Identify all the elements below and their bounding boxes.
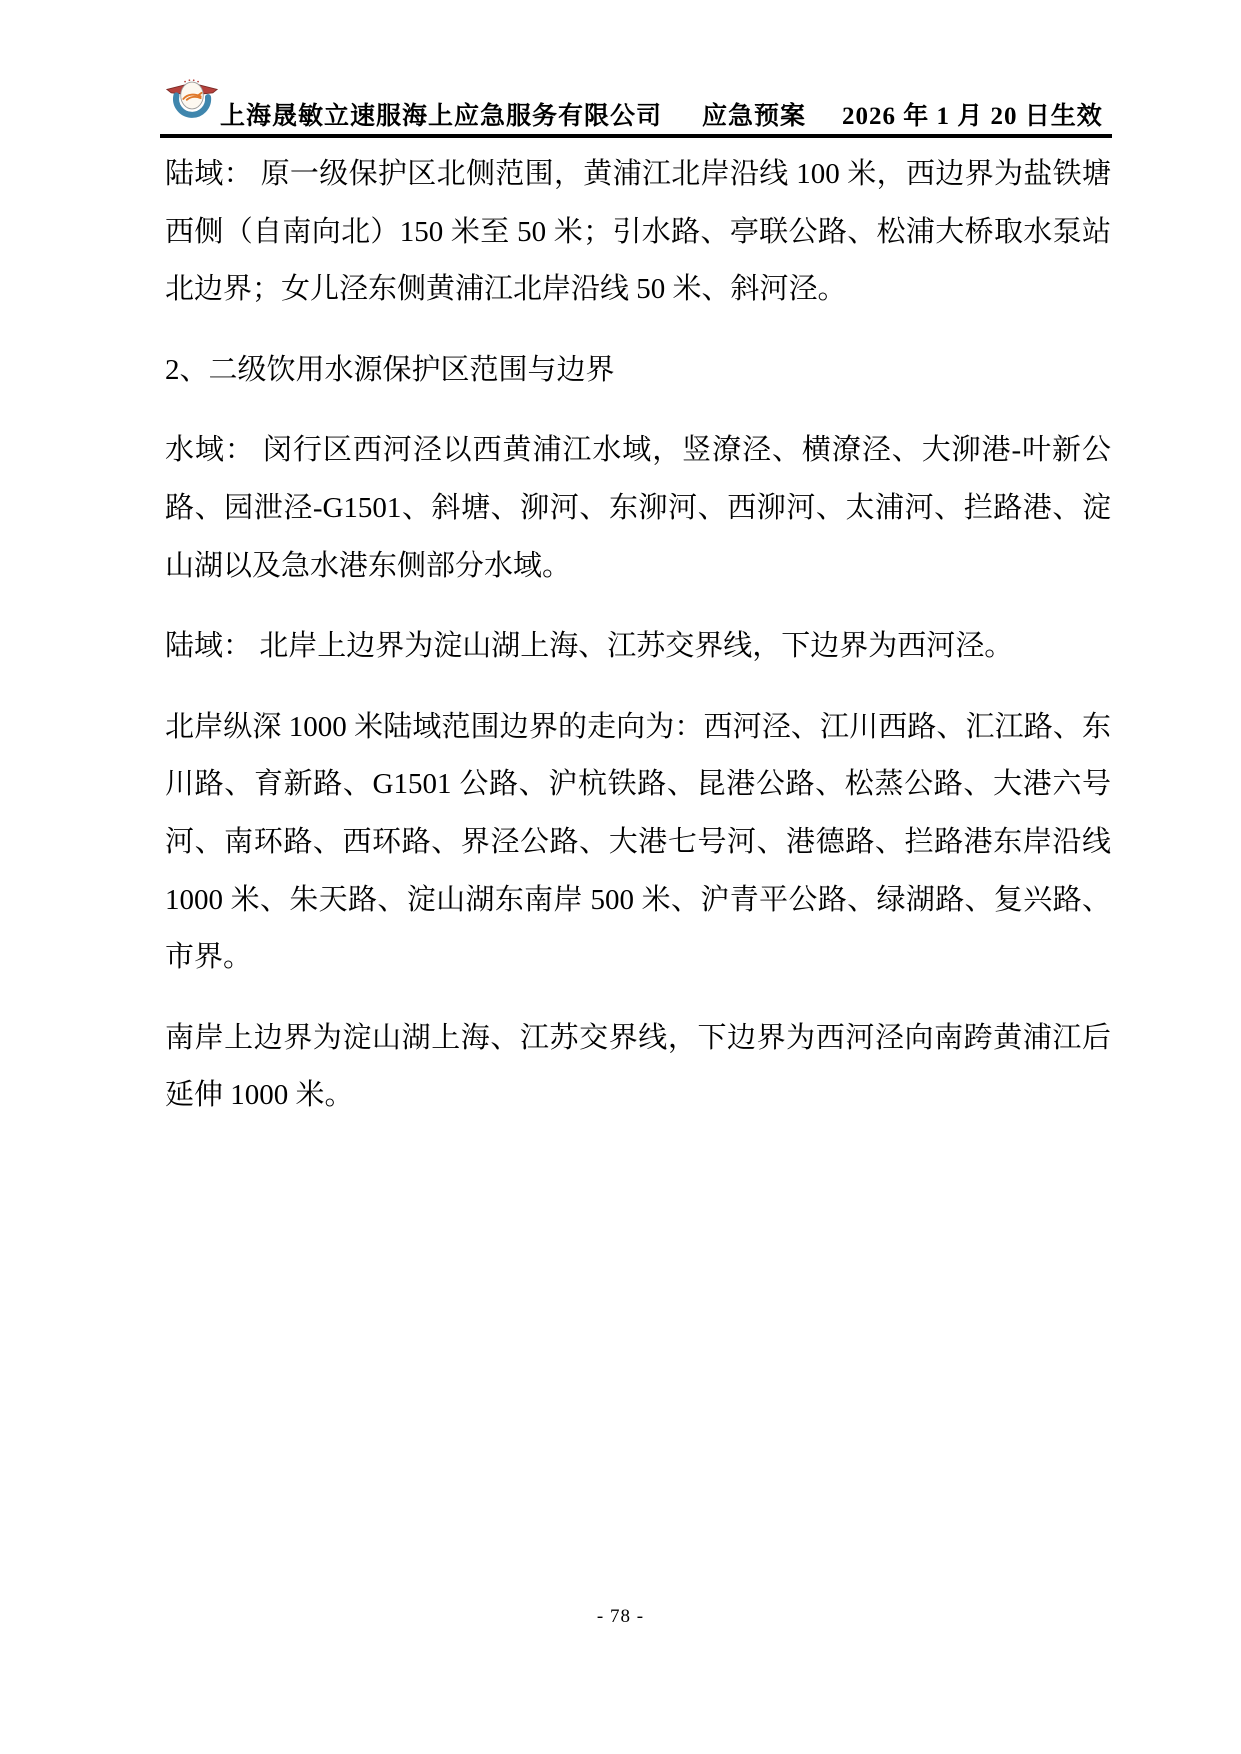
doc-type: 应急预案 xyxy=(702,103,806,130)
document-body: 陆域： 原一级保护区北侧范围，黄浦江北岸沿线 100 米，西边界为盐铁塘西侧（自… xyxy=(165,146,1111,1148)
header-title: 上海晟敏立速服海上应急服务有限公司应急预案2026 年 1 月 20 日生效 xyxy=(220,96,1103,132)
paragraph-land-zone-2: 陆域： 北岸上边界为淀山湖上海、江苏交界线，下边界为西河泾。 xyxy=(165,618,1111,676)
paragraph-north-bank: 北岸纵深 1000 米陆域范围边界的走向为：西河泾、江川西路、汇江路、东川路、育… xyxy=(165,699,1111,987)
document-page: 上海晟敏立速服海上应急服务有限公司应急预案2026 年 1 月 20 日生效 陆… xyxy=(0,0,1241,1754)
company-logo-icon xyxy=(166,76,218,134)
header-divider xyxy=(160,134,1112,138)
section-heading-secondary-zone: 2、二级饮用水源保护区范围与边界 xyxy=(165,342,1111,400)
paragraph-water-zone: 水域： 闵行区西河泾以西黄浦江水域，竖潦泾、横潦泾、大泖港-叶新公路、园泄泾-G… xyxy=(165,422,1111,595)
paragraph-south-bank: 南岸上边界为淀山湖上海、江苏交界线，下边界为西河泾向南跨黄浦江后延伸 1000 … xyxy=(165,1010,1111,1125)
page-number: - 78 - xyxy=(597,1606,644,1627)
paragraph-land-zone-1: 陆域： 原一级保护区北侧范围，黄浦江北岸沿线 100 米，西边界为盐铁塘西侧（自… xyxy=(165,146,1111,319)
page-footer: - 78 - xyxy=(0,1606,1241,1628)
effective-date: 2026 年 1 月 20 日生效 xyxy=(842,103,1103,130)
company-name: 上海晟敏立速服海上应急服务有限公司 xyxy=(220,103,662,130)
